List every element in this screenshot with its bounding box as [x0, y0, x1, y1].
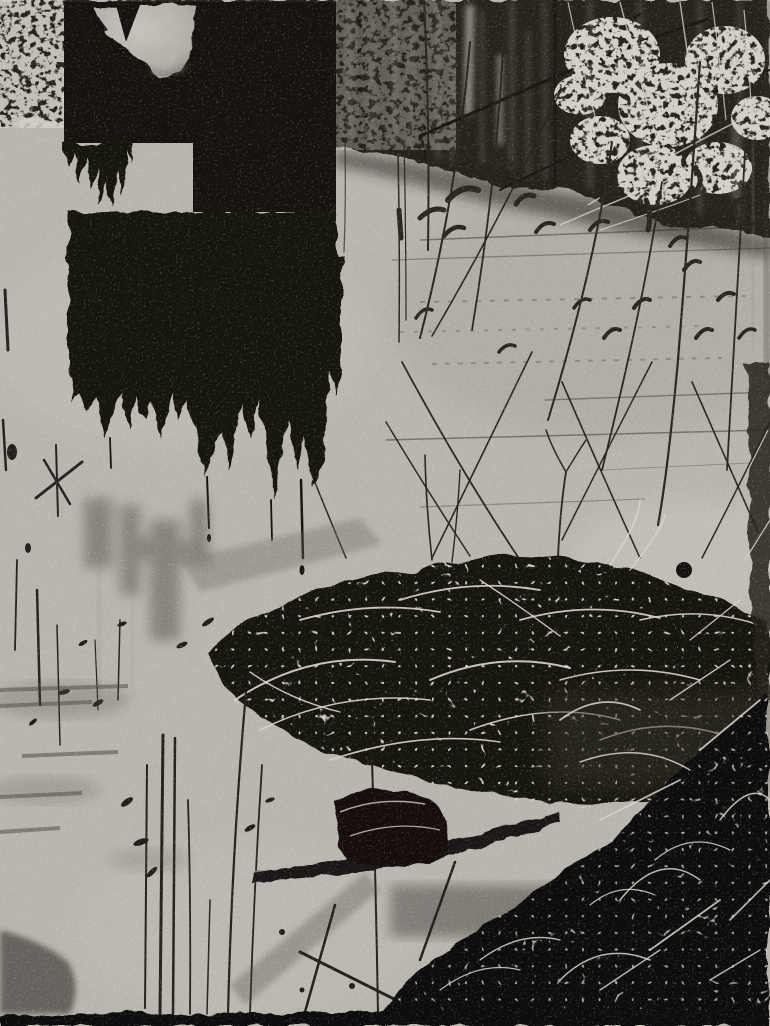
photograph	[0, 0, 770, 1026]
swamp-photo-svg	[0, 0, 770, 1026]
film-grain	[0, 0, 770, 1026]
